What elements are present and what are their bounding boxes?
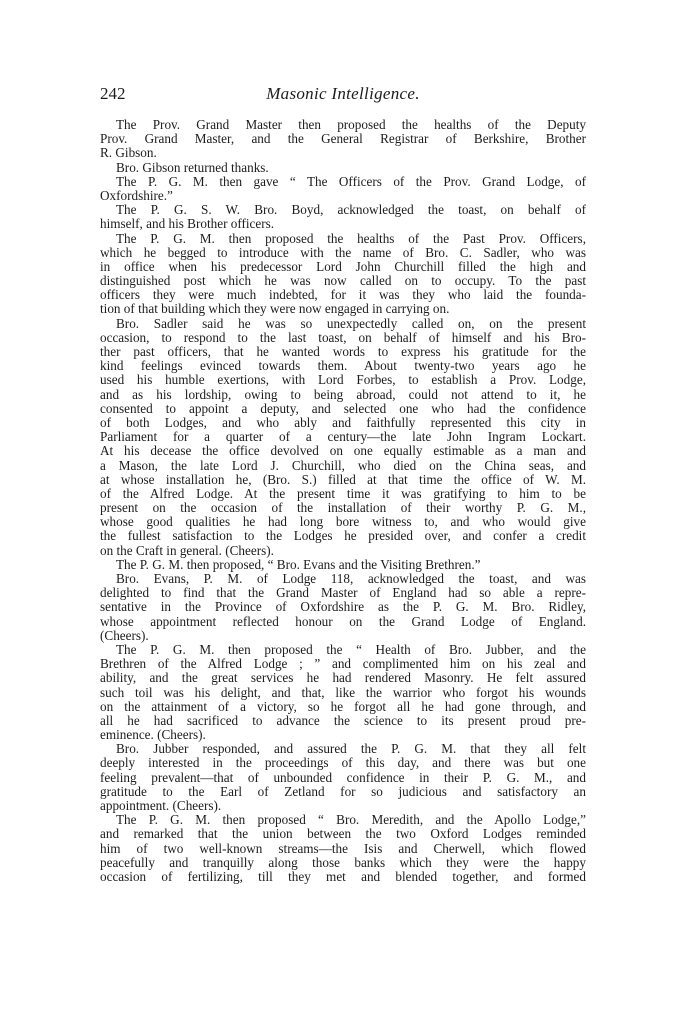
text-line: such toil was his delight, and that, lik… [100,686,586,700]
text-line: Bro. Sadler said he was so unexpectedly … [100,317,586,331]
text-line: The P. G. M. then gave “ The Officers of… [100,175,586,189]
text-line: distinguished post which he was now call… [100,274,586,288]
text-line: The P. G. M. then proposed the “ Health … [100,643,586,657]
text-line: consented to appoint a deputy, and selec… [100,402,586,416]
text-line: eminence. (Cheers). [100,728,586,742]
text-line: gratitude to the Earl of Zetland for so … [100,785,586,799]
page-header: 242 Masonic Intelligence. [100,84,586,110]
text-line: himself, and his Brother officers. [100,217,586,231]
text-line: ability, and the great services he had r… [100,671,586,685]
text-line: occasion, to respond to the last toast, … [100,331,586,345]
text-line: which he begged to introduce with the na… [100,246,586,260]
text-line: peacefully and tranquilly along those ba… [100,856,586,870]
article-body: The Prov. Grand Master then proposed the… [100,118,586,884]
text-line: a Mason, the late Lord J. Churchill, who… [100,459,586,473]
text-line: ther past officers, that he wanted words… [100,345,586,359]
text-line: on the attainment of a victory, so he fo… [100,700,586,714]
text-line: appointment. (Cheers). [100,799,586,813]
text-line: at whose installation he, (Bro. S.) fill… [100,473,586,487]
text-line: Prov. Grand Master, and the General Regi… [100,132,586,146]
text-line: Parliament for a quarter of a century—th… [100,430,586,444]
text-line: kind feelings evinced towards them. Abou… [100,359,586,373]
text-line: tion of that building which they were no… [100,302,586,316]
text-line: feeling prevalent—that of unbounded conf… [100,771,586,785]
text-line: The P. G. M. then proposed “ Bro. Meredi… [100,813,586,827]
text-line: the fullest satisfaction to the Lodges h… [100,529,586,543]
text-line: whose appointment reflected honour on th… [100,615,586,629]
text-line: in office when his predecessor Lord John… [100,260,586,274]
text-line: The P. G. M. then proposed the healths o… [100,232,586,246]
text-line: sentative in the Province of Oxfordshire… [100,600,586,614]
text-line: At his decease the office devolved on on… [100,444,586,458]
text-line: Bro. Jubber responded, and assured the P… [100,742,586,756]
text-line: on the Craft in general. (Cheers). [100,544,586,558]
text-line: Bro. Gibson returned thanks. [100,161,586,175]
text-line: Oxfordshire.” [100,189,586,203]
text-line: present on the occasion of the installat… [100,501,586,515]
text-line: of both Lodges, and who ably and faithfu… [100,416,586,430]
text-line: The P. G. M. then proposed, “ Bro. Evans… [100,558,586,572]
text-line: (Cheers). [100,629,586,643]
text-line: occasion of fertilizing, till they met a… [100,870,586,884]
text-line: used his humble exertions, with Lord For… [100,373,586,387]
text-line: and remarked that the union between the … [100,827,586,841]
text-line: officers they were much indebted, for it… [100,288,586,302]
text-line: of the Alfred Lodge. At the present time… [100,487,586,501]
text-line: all he had sacrificed to advance the sci… [100,714,586,728]
text-line: The Prov. Grand Master then proposed the… [100,118,586,132]
text-line: deeply interested in the proceedings of … [100,756,586,770]
running-title: Masonic Intelligence. [100,84,586,104]
text-line: R. Gibson. [100,146,586,160]
text-line: him of two well-known streams—the Isis a… [100,842,586,856]
text-line: and as his lordship, owing to being abro… [100,388,586,402]
text-line: whose good qualities he had long bore wi… [100,515,586,529]
text-line: delighted to find that the Grand Master … [100,586,586,600]
text-line: Brethren of the Alfred Lodge ; ” and com… [100,657,586,671]
text-line: The P. G. S. W. Bro. Boyd, acknowledged … [100,203,586,217]
text-line: Bro. Evans, P. M. of Lodge 118, acknowle… [100,572,586,586]
document-page: 242 Masonic Intelligence. The Prov. Gran… [100,84,586,884]
